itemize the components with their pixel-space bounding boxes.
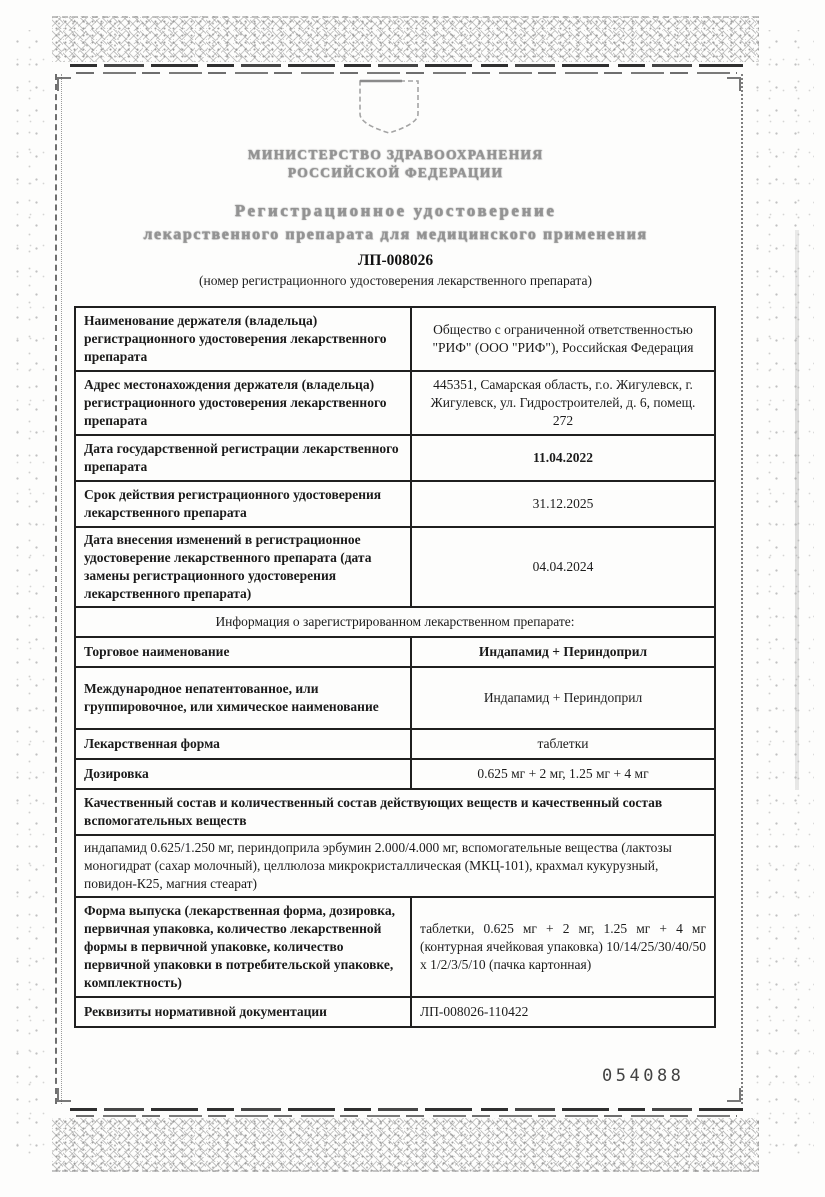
ministry-line2: РОССИЙСКОЙ ФЕДЕРАЦИИ xyxy=(75,164,716,182)
table-row-holder-name: Наименование держателя (владельца) регис… xyxy=(75,307,715,371)
row-value: 04.04.2024 xyxy=(411,527,715,607)
row-value: Индапамид + Периндоприл xyxy=(411,667,715,729)
table-row-dosage: Дозировка 0.625 мг + 2 мг, 1.25 мг + 4 м… xyxy=(75,759,715,789)
document-title-line2: лекарственного препарата для медицинског… xyxy=(75,226,716,244)
row-label: Адрес местонахождения держателя (владель… xyxy=(75,371,411,435)
composition-text: индапамид 0.625/1.250 мг, периндоприла э… xyxy=(75,835,715,897)
row-label: Торговое наименование xyxy=(75,637,411,667)
frame-corner-top-left xyxy=(57,77,71,91)
ornamental-border-top xyxy=(52,16,759,62)
table-row-registration-date: Дата государственной регистрации лекарст… xyxy=(75,435,715,481)
frame-corner-bottom-right xyxy=(727,1088,741,1102)
row-label: Реквизиты нормативной документации xyxy=(75,997,411,1027)
table-row-holder-address: Адрес местонахождения держателя (владель… xyxy=(75,371,715,435)
scan-streak-right xyxy=(795,230,799,790)
row-label: Форма выпуска (лекарственная форма, дози… xyxy=(75,897,411,997)
row-label: Дата внесения изменений в регистрационно… xyxy=(75,527,411,607)
row-label: Лекарственная форма xyxy=(75,729,411,759)
table-row-validity-period: Срок действия регистрационного удостовер… xyxy=(75,481,715,527)
row-label: Дата государственной регистрации лекарст… xyxy=(75,435,411,481)
frame-rule-top-inner xyxy=(76,72,737,74)
table-row-normative-docs: Реквизиты нормативной документации ЛП-00… xyxy=(75,997,715,1027)
ministry-heading: МИНИСТЕРСТВО ЗДРАВООХРАНЕНИЯ РОССИЙСКОЙ … xyxy=(75,146,716,182)
info-section-header: Информация о зарегистрированном лекарств… xyxy=(75,607,715,637)
table-row-composition-header: Качественный состав и количественный сос… xyxy=(75,789,715,835)
serial-number: 054088 xyxy=(602,1066,684,1086)
row-label: Срок действия регистрационного удостовер… xyxy=(75,481,411,527)
row-value: 11.04.2022 xyxy=(411,435,715,481)
table-row-inn-name: Международное непатентованное, или групп… xyxy=(75,667,715,729)
row-value: таблетки, 0.625 мг + 2 мг, 1.25 мг + 4 м… xyxy=(411,897,715,997)
frame-rule-bottom xyxy=(70,1108,743,1111)
table-row-release-form: Форма выпуска (лекарственная форма, дози… xyxy=(75,897,715,997)
row-value: 0.625 мг + 2 мг, 1.25 мг + 4 мг xyxy=(411,759,715,789)
table-row-trade-name: Торговое наименование Индапамид + Перинд… xyxy=(75,637,715,667)
scan-noise-right xyxy=(748,30,814,1160)
row-label: Международное непатентованное, или групп… xyxy=(75,667,411,729)
ornamental-border-bottom xyxy=(52,1118,759,1172)
document-title-line1: Регистрационное удостоверение xyxy=(75,201,716,221)
table-row-amendment-date: Дата внесения изменений в регистрационно… xyxy=(75,527,715,607)
registration-certificate-page: МИНИСТЕРСТВО ЗДРАВООХРАНЕНИЯ РОССИЙСКОЙ … xyxy=(0,0,825,1197)
row-value: Общество с ограниченной ответственностью… xyxy=(411,307,715,371)
table-row-composition-text: индапамид 0.625/1.250 мг, периндоприла э… xyxy=(75,835,715,897)
row-value: Индапамид + Периндоприл xyxy=(411,637,715,667)
row-label: Дозировка xyxy=(75,759,411,789)
scan-noise-left xyxy=(8,30,52,1160)
frame-rule-bottom-inner xyxy=(76,1115,737,1117)
row-label: Наименование держателя (владельца) регис… xyxy=(75,307,411,371)
registration-number: ЛП-008026 xyxy=(75,252,716,270)
row-value: ЛП-008026-110422 xyxy=(411,997,715,1027)
row-value: 31.12.2025 xyxy=(411,481,715,527)
row-value: 445351, Самарская область, г.о. Жигулевс… xyxy=(411,371,715,435)
row-value: таблетки xyxy=(411,729,715,759)
frame-line-right xyxy=(741,74,746,1104)
frame-corner-top-right xyxy=(727,77,741,91)
certificate-table: Наименование держателя (владельца) регис… xyxy=(74,306,716,1028)
registration-number-caption: (номер регистрационного удостоверения ле… xyxy=(75,273,716,289)
table-row-dosage-form: Лекарственная форма таблетки xyxy=(75,729,715,759)
frame-line-left xyxy=(55,74,62,1104)
shield-emblem-icon xyxy=(350,76,428,143)
composition-section-header: Качественный состав и количественный сос… xyxy=(75,789,715,835)
frame-corner-bottom-left xyxy=(57,1088,71,1102)
ministry-line1: МИНИСТЕРСТВО ЗДРАВООХРАНЕНИЯ xyxy=(75,146,716,164)
frame-rule-top xyxy=(70,64,743,67)
table-row-info-header: Информация о зарегистрированном лекарств… xyxy=(75,607,715,637)
